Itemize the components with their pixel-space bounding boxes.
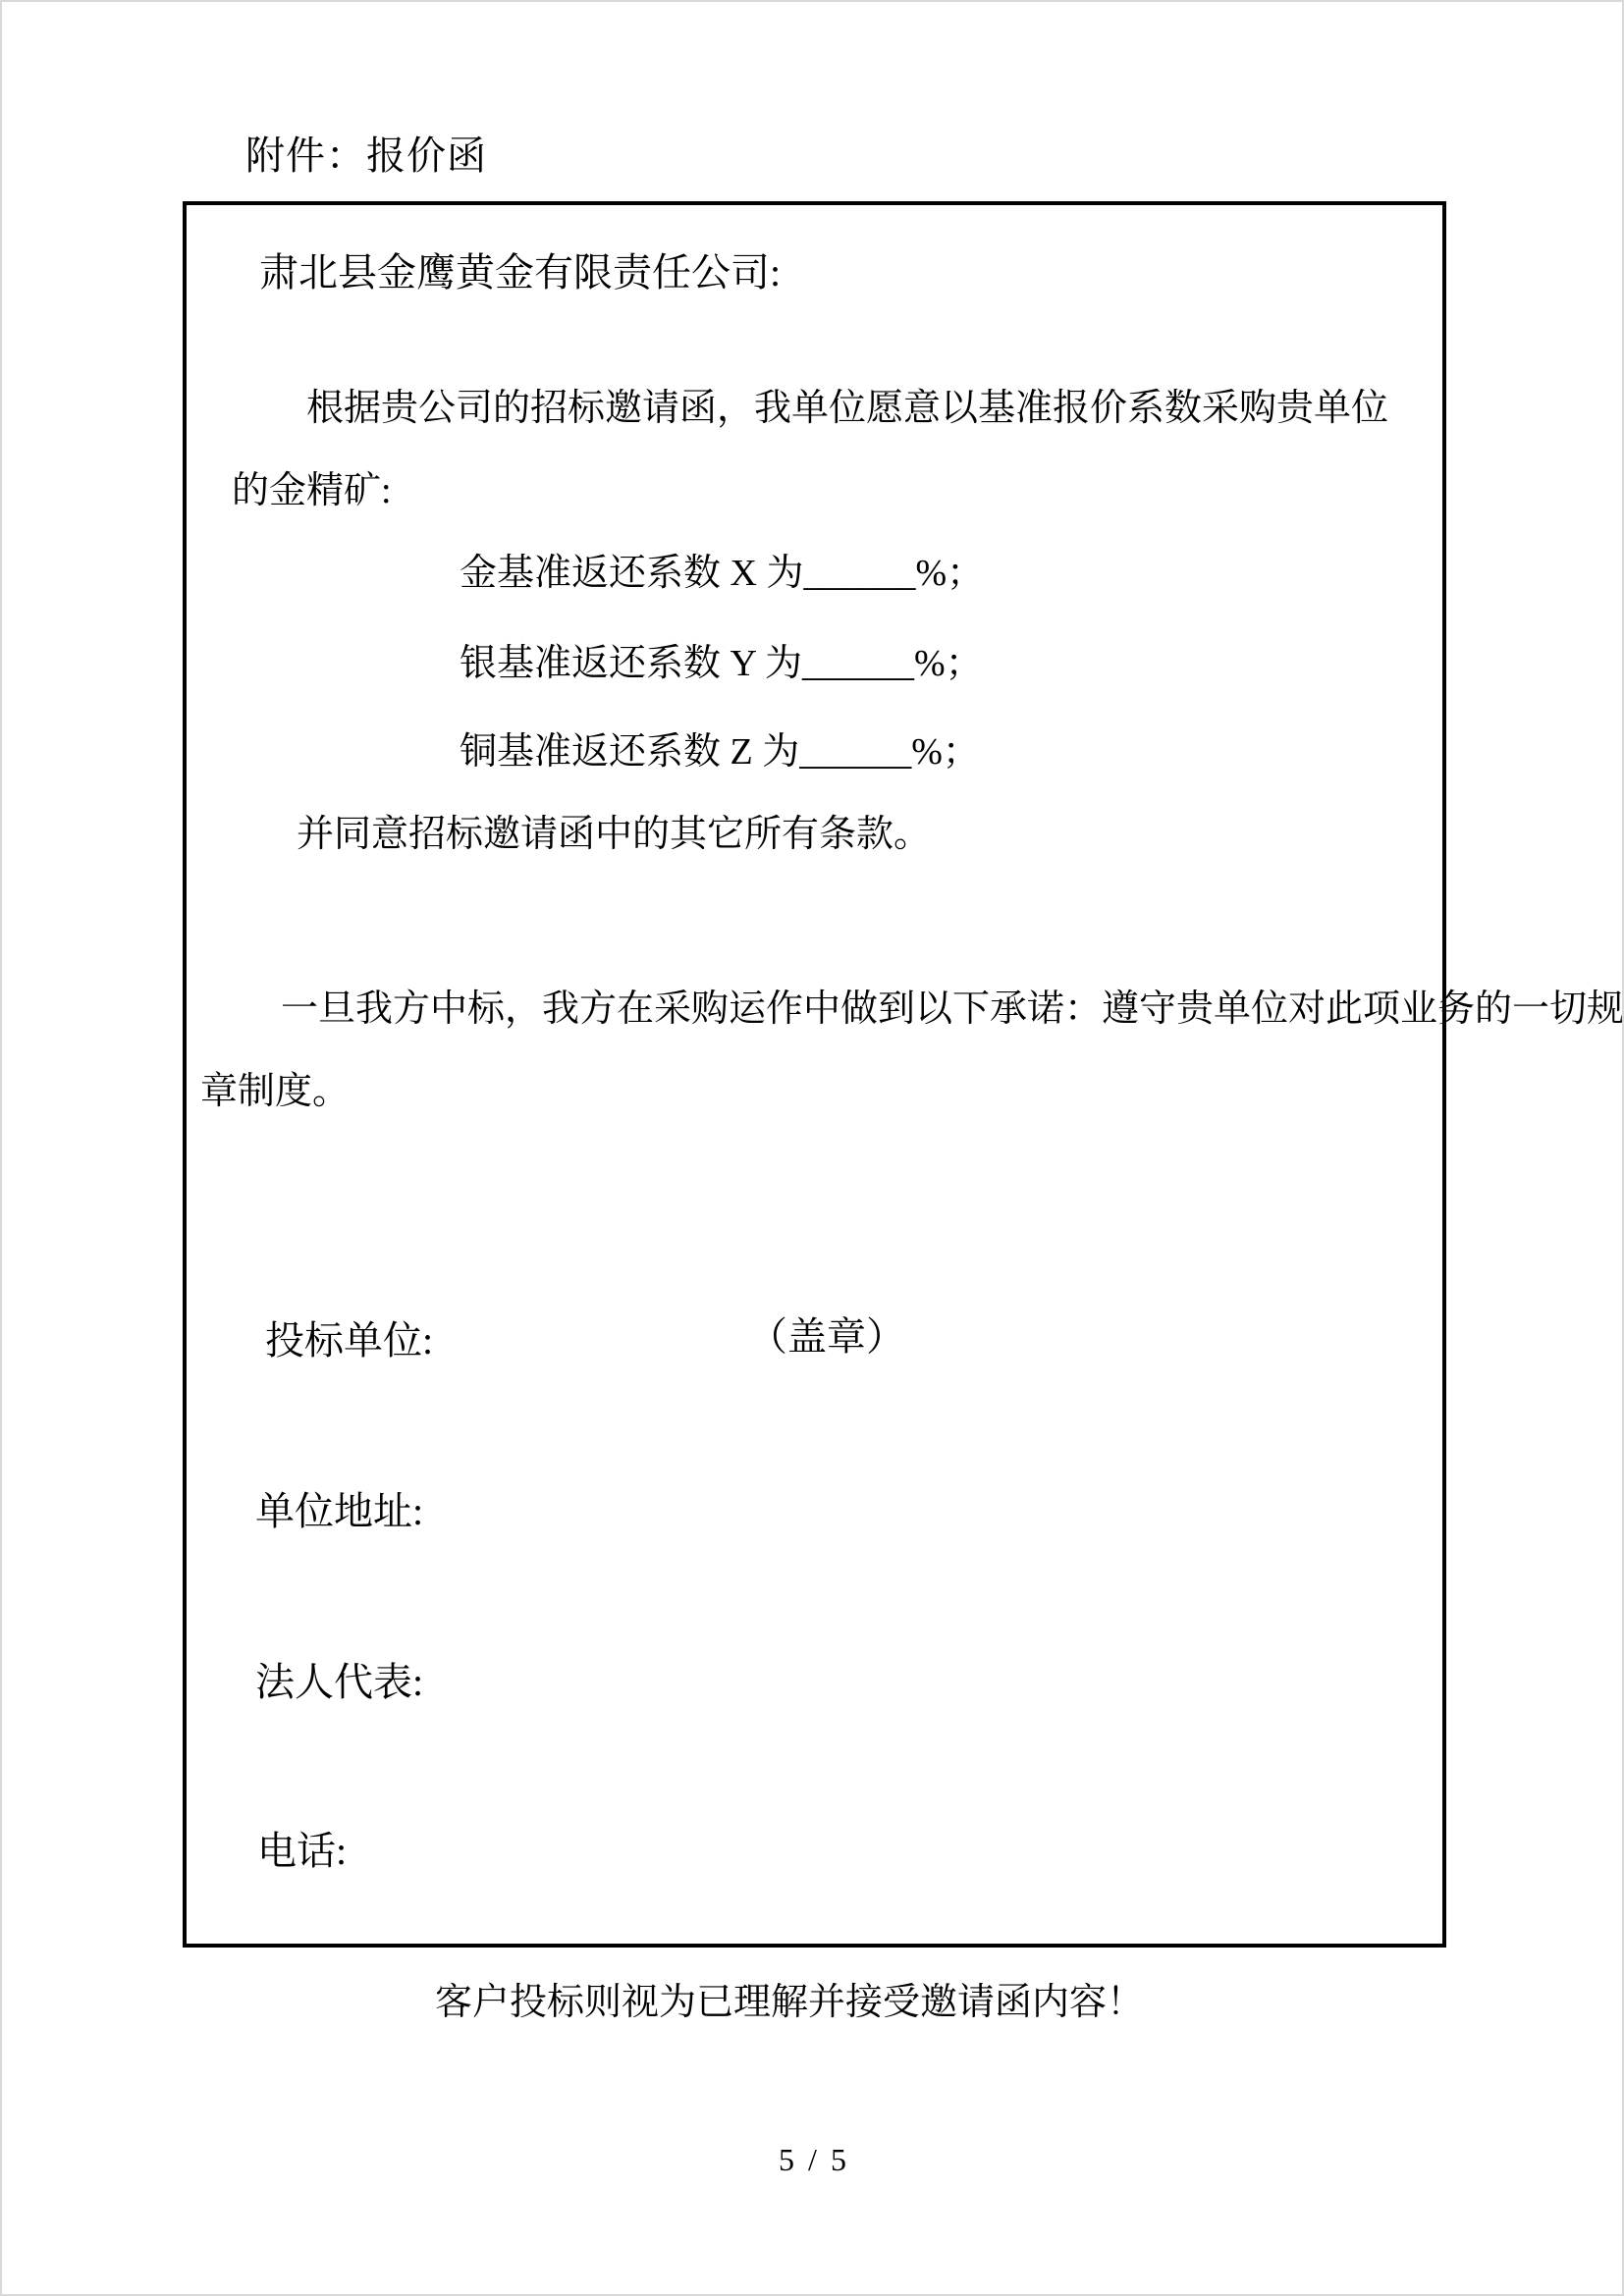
gold-coefficient-blank: ______: [803, 553, 915, 594]
gold-coefficient-prefix: 金基准返还系数 X 为: [460, 553, 803, 594]
unit-address-label: 单位地址:: [255, 1487, 423, 1536]
intro-line-2: 的金精矿:: [232, 468, 392, 515]
silver-coefficient-line: 银基准返还系数 Y 为______%；: [460, 641, 983, 688]
bidder-unit-label: 投标单位:: [265, 1316, 433, 1365]
promise-line-2: 章制度。: [200, 1069, 350, 1116]
attachment-title: 附件：报价函: [245, 132, 487, 181]
copper-coefficient-suffix: %；: [911, 731, 980, 773]
footer-note: 客户投标则视为已理解并接受邀请函内容！: [2, 1971, 1577, 2025]
document-page: 附件：报价函 肃北县金鹰黄金有限责任公司: 根据贵公司的招标邀请函，我单位愿意以…: [0, 0, 1624, 2296]
page-number: 5 / 5: [2, 2142, 1624, 2178]
phone-label: 电话:: [257, 1827, 347, 1876]
silver-coefficient-prefix: 银基准返还系数 Y 为: [460, 643, 802, 684]
legal-representative-label: 法人代表:: [255, 1658, 423, 1707]
copper-coefficient-blank: ______: [799, 731, 911, 773]
silver-coefficient-blank: ______: [802, 643, 914, 684]
quotation-form-box: 肃北县金鹰黄金有限责任公司: 根据贵公司的招标邀请函，我单位愿意以基准报价系数采…: [183, 201, 1446, 1948]
promise-line-1: 一旦我方中标，我方在采购运作中做到以下承诺：遵守贵单位对此项业务的一切规: [281, 987, 1624, 1034]
gold-coefficient-suffix: %；: [915, 553, 984, 594]
copper-coefficient-prefix: 铜基准返还系数 Z 为: [460, 731, 799, 773]
gold-coefficient-line: 金基准返还系数 X 为______%；: [460, 551, 984, 598]
intro-line-1: 根据贵公司的招标邀请函，我单位愿意以基准报价系数采购贵单位: [306, 386, 1388, 433]
copper-coefficient-line: 铜基准返还系数 Z 为______%；: [460, 729, 980, 776]
agree-terms-line: 并同意招标邀请函中的其它所有条款。: [297, 812, 931, 859]
seal-label: （盖章）: [748, 1312, 905, 1362]
silver-coefficient-suffix: %；: [914, 643, 983, 684]
recipient-company: 肃北县金鹰黄金有限责任公司:: [259, 248, 781, 297]
